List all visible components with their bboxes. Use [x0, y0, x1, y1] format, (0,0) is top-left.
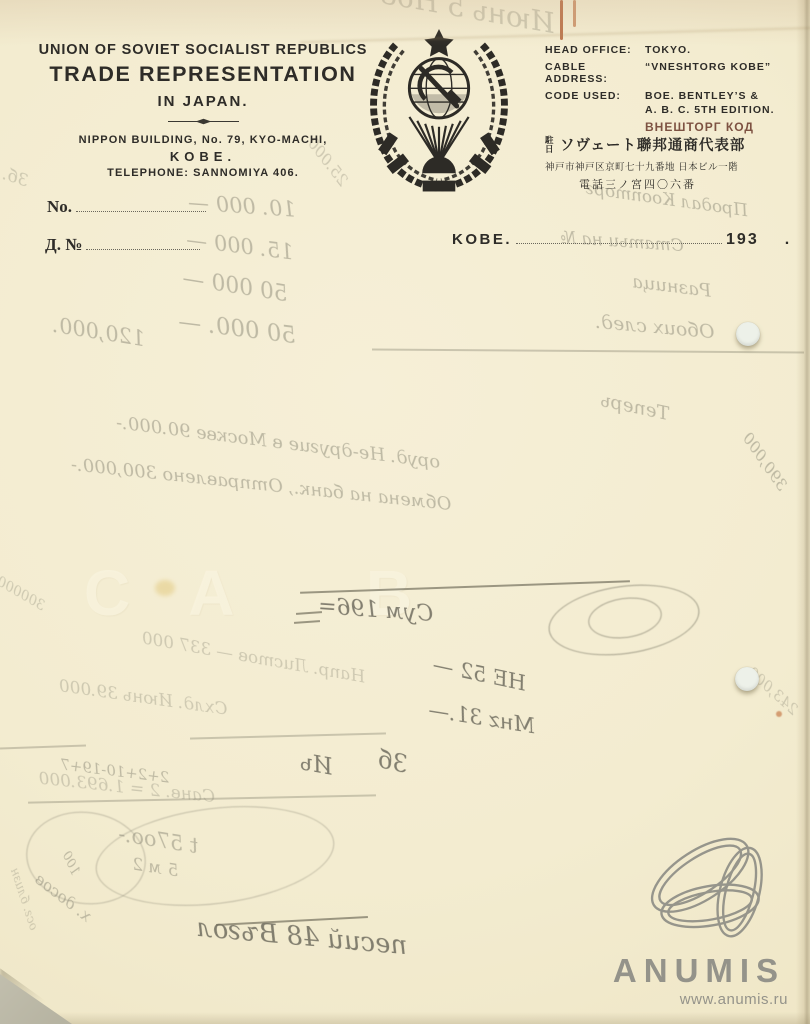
paper-stain — [155, 580, 175, 596]
no-label: No. — [47, 197, 72, 217]
paper-edge-bottom — [0, 1012, 810, 1024]
code-used-value1: BOE. BENTLEY’S & — [645, 90, 759, 102]
scanned-letter: CA B 10. 000 — 15. 000 — 50 000 — 50 000… — [0, 0, 810, 1024]
handwritten-note: Схлд. Июнь 39.000 — [57, 676, 228, 719]
handwritten-note: Разница — [631, 271, 712, 302]
place-label: KOBE. — [452, 231, 512, 248]
punch-hole — [735, 667, 759, 691]
japanese-line3: 電話三ノ宮四〇六番 — [579, 176, 797, 192]
org-name-line3: IN JAPAN. — [36, 93, 370, 110]
rust-dot — [776, 711, 782, 717]
handwritten-note: 15. 000 — — [185, 228, 295, 265]
japanese-prefix: 駐日 — [545, 136, 556, 154]
anumis-watermark: ANUMIS www.anumis.ru — [598, 830, 800, 1008]
no-dotted-line — [76, 198, 206, 212]
form-field-no: No. — [47, 197, 206, 217]
handwritten-note: 120,000. — [51, 313, 147, 351]
year-printed: 193 — [726, 231, 759, 249]
address-line1: NIPPON BUILDING, No. 79, KYO-MACHI, — [36, 134, 370, 146]
code-used-cyrillic: ВНЕШТОРГ КОД — [645, 120, 795, 134]
pencil-stroke — [372, 348, 804, 353]
anumis-site-text: www.anumis.ru — [598, 991, 800, 1008]
japanese-line1: ソヴェート聯邦通商代表部 — [560, 134, 745, 155]
address-line3: TELEPHONE: SANNOMIYA 406. — [36, 167, 370, 179]
d-no-dotted-line — [86, 236, 200, 250]
handwritten-note: Иь — [298, 749, 335, 780]
cable-address-value: “VNESHTORG KOBE” — [645, 61, 771, 85]
handwritten-note: НЕ 52 — — [431, 652, 529, 695]
handwritten-note: Теперь — [598, 389, 671, 425]
handwritten-note: 390,000 — [738, 429, 792, 494]
divider-ornament — [36, 118, 370, 125]
letterhead-right: HEAD OFFICE: TOKYO. CABLE ADDRESS: “VNES… — [545, 44, 795, 138]
handwritten-note: Напр. Листов — 337 000 — [140, 628, 367, 687]
address-line2: KOBE. — [36, 149, 370, 164]
code-used-label: CODE USED: — [545, 90, 645, 102]
form-field-d-no: Д. № — [45, 235, 200, 255]
handwritten-note: Мнz 31.— — [427, 698, 537, 739]
handwritten-note: 300000 — [0, 574, 48, 615]
org-name-line2: TRADE REPRESENTATION — [36, 62, 370, 87]
punch-hole — [736, 322, 760, 346]
handwritten-note: 50 000 — — [181, 266, 290, 307]
handwritten-note: Зб — [375, 745, 410, 779]
handwritten-note: Обоих след. — [594, 311, 715, 343]
code-used-value2: A. B. C. 5TH EDITION. — [645, 104, 795, 116]
date-line: KOBE. 193 . — [452, 230, 789, 249]
japanese-address-block: 駐日 ソヴェート聯邦通商代表部 神戸市神戸区京町七十九番地 日本ビル一階 電話三… — [545, 134, 797, 192]
anumis-brand-text: ANUMIS — [598, 952, 800, 990]
anumis-knot-icon — [634, 830, 794, 958]
d-no-label: Д. № — [45, 235, 82, 255]
cable-address-label: CABLE ADDRESS: — [545, 61, 645, 85]
year-period: . — [785, 231, 789, 249]
soviet-coat-of-arms-emblem — [360, 24, 518, 196]
letterhead-left: UNION OF SOVIET SOCIALIST REPUBLICS TRAD… — [36, 42, 370, 179]
japanese-line2: 神戸市神戸区京町七十九番地 日本ビル一階 — [545, 159, 797, 173]
handwritten-note: 50 000. — — [177, 309, 297, 349]
date-dotted-line — [516, 230, 722, 244]
pencil-stroke — [190, 732, 386, 739]
pencil-stroke — [0, 744, 86, 749]
handwritten-note: Зб. — [0, 164, 31, 191]
